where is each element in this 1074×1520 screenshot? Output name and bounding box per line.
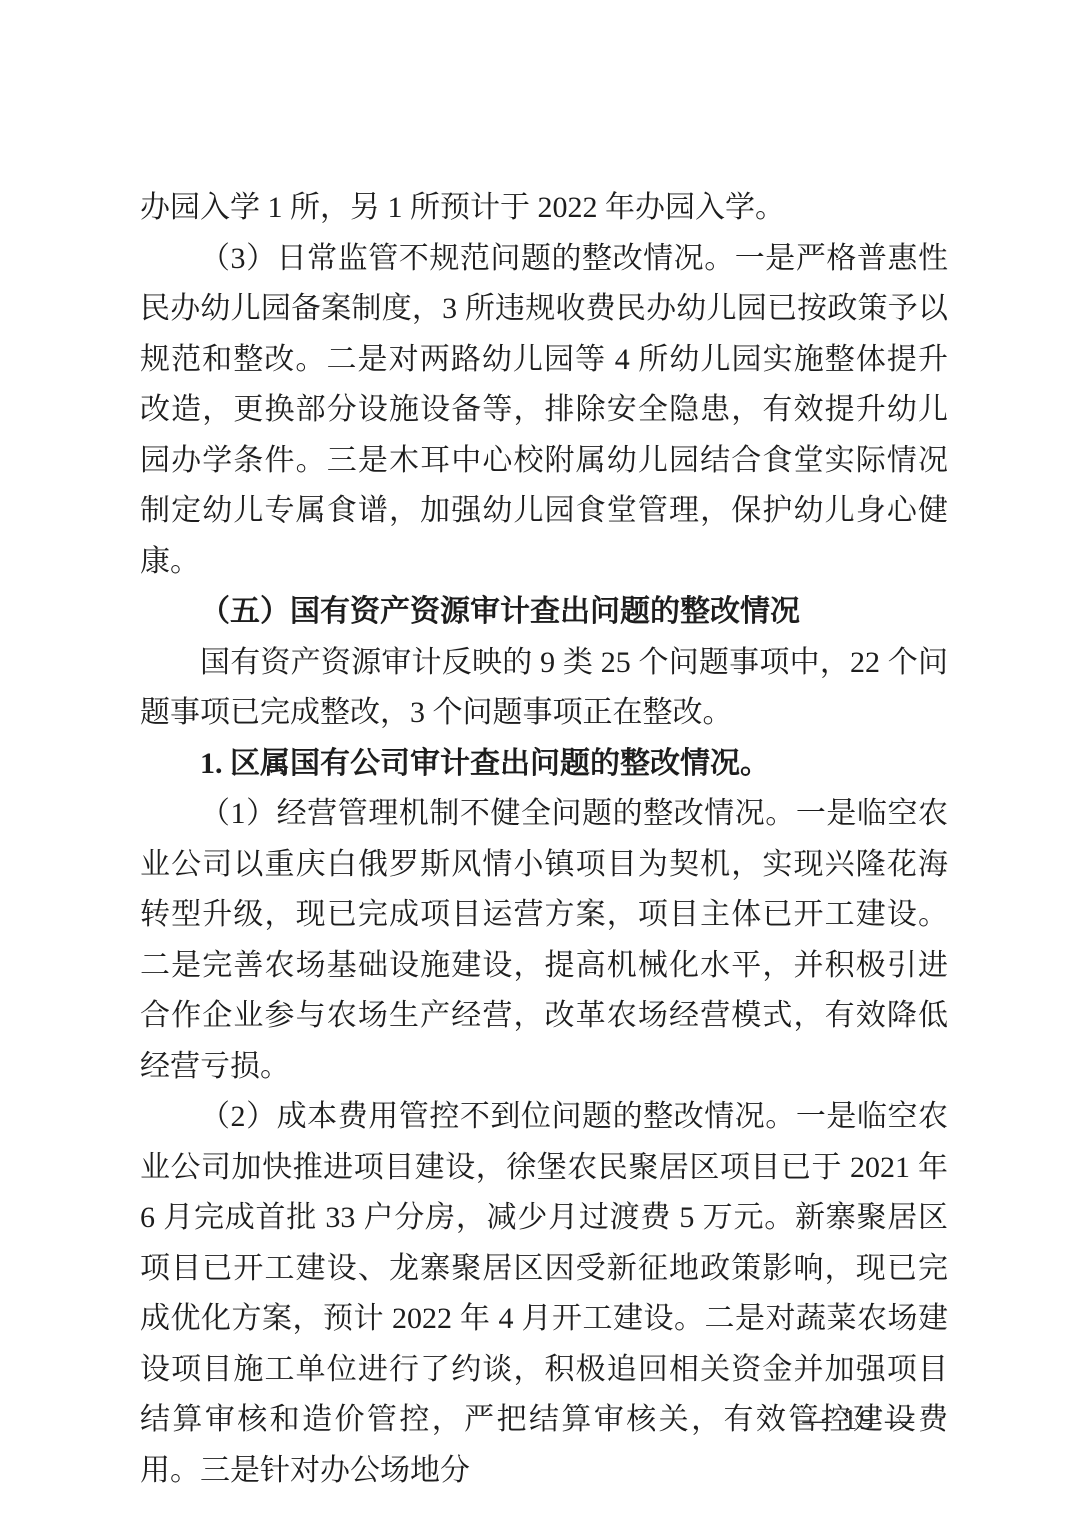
paragraph-continuation: 办园入学 1 所，另 1 所预计于 2022 年办园入学。: [140, 183, 948, 234]
page-number: — 19 —: [803, 1400, 917, 1440]
paragraph-audit-summary: 国有资产资源审计反映的 9 类 25 个问题事项中，22 个问题事项已完成整改，…: [140, 638, 948, 739]
document-text-block: 办园入学 1 所，另 1 所预计于 2022 年办园入学。 （3）日常监管不规范…: [140, 183, 948, 1496]
paragraph-management-mechanism: （1）经营管理机制不健全问题的整改情况。一是临空农业公司以重庆白俄罗斯风情小镇项…: [140, 789, 948, 1092]
numbered-heading-state-companies: 1. 区属国有公司审计查出问题的整改情况。: [140, 739, 948, 790]
document-page: { "document": { "background_color": "#ff…: [0, 0, 1074, 1520]
paragraph-daily-supervision: （3）日常监管不规范问题的整改情况。一是严格普惠性民办幼儿园备案制度，3 所违规…: [140, 234, 948, 588]
page-background: 办园入学 1 所，另 1 所预计于 2022 年办园入学。 （3）日常监管不规范…: [0, 0, 1074, 1520]
section-heading-state-assets: （五）国有资产资源审计查出问题的整改情况: [140, 587, 948, 638]
